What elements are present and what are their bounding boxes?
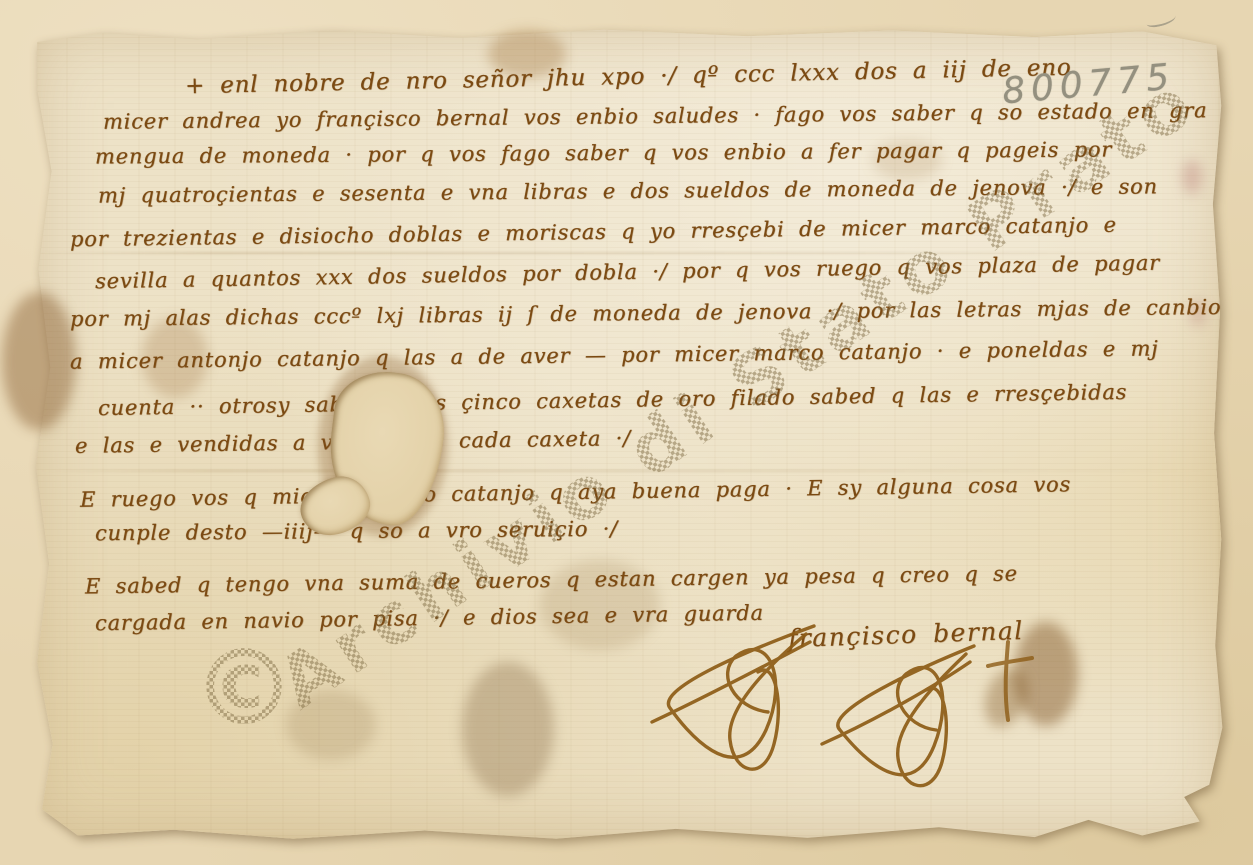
ink-stain (2, 292, 76, 430)
ink-stain (1182, 160, 1202, 194)
ink-stain (462, 662, 554, 796)
scanned-letter: + enl nobre de nro señor jhu xpo ·/ qº c… (0, 0, 1253, 865)
ink-cross-mark-icon (978, 636, 1038, 726)
